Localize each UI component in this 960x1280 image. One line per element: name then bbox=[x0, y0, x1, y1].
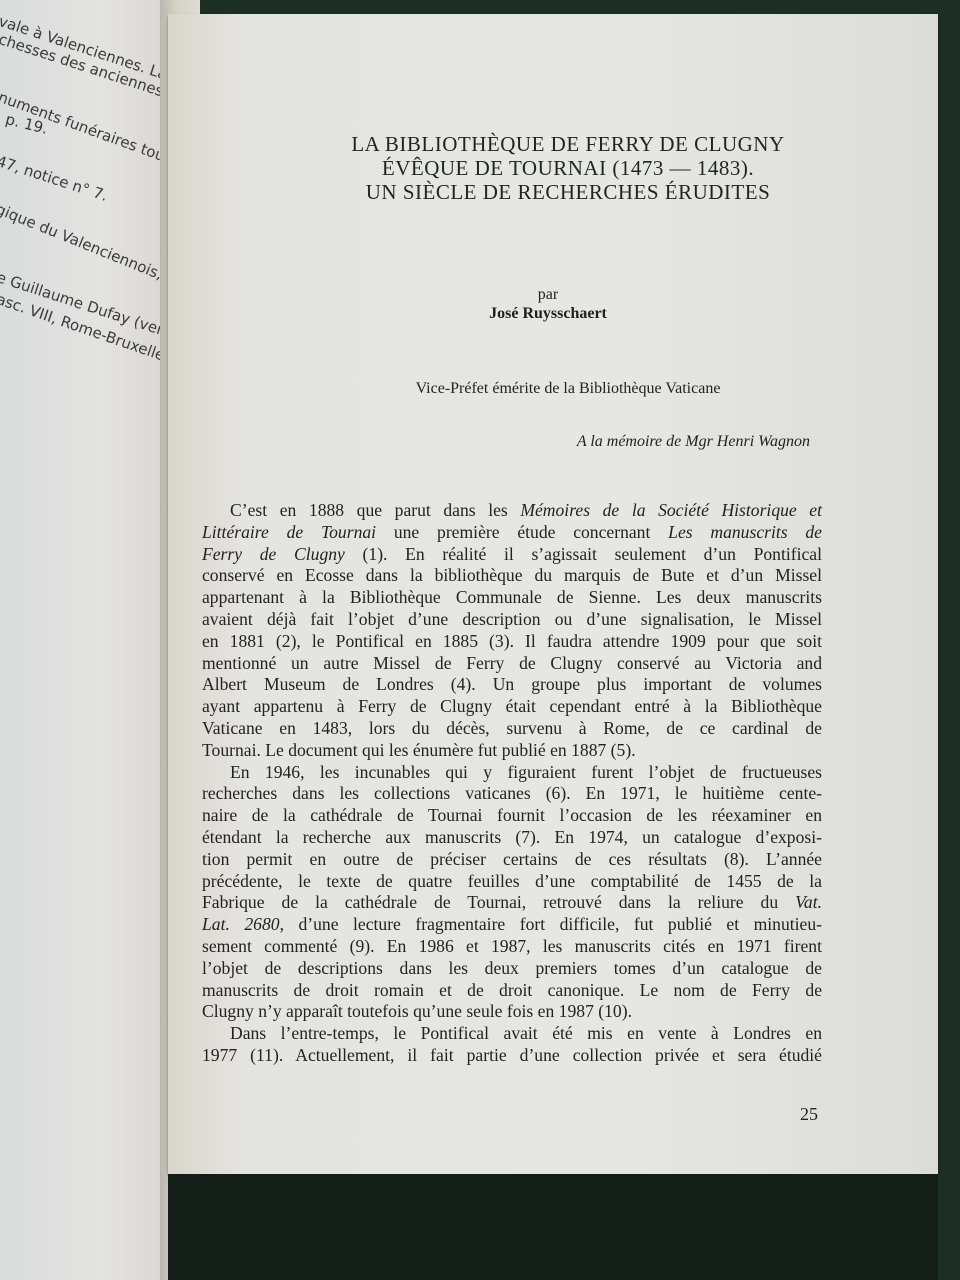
text-line: manuscrits de droit romain et de droit c… bbox=[202, 980, 822, 1002]
text-line: l’objet de descriptions dans les deux pr… bbox=[202, 958, 822, 980]
byline-prefix: par bbox=[508, 286, 588, 304]
text-line: mentionné un autre Missel de Ferry de Cl… bbox=[202, 653, 822, 675]
text-span: En 1946, les incunables qui y figuraient… bbox=[230, 762, 822, 782]
text-span: conservé en Ecosse dans la bibliothèque … bbox=[202, 565, 822, 585]
text-line: recherches dans les collections vaticane… bbox=[202, 783, 822, 805]
text-line: Littéraire de Tournai une première étude… bbox=[202, 522, 822, 544]
book-page: LA BIBLIOTHÈQUE DE FERRY DE CLUGNY ÉVÊQU… bbox=[168, 14, 938, 1174]
text-line: ayant appartenu à Ferry de Clugny était … bbox=[202, 696, 822, 718]
text-line: Tournai. Le document qui les énumère fut… bbox=[202, 740, 822, 762]
facing-page-text-fragment: 47, notice n° 7. bbox=[0, 152, 110, 205]
text-span: Fabrique de la cathédrale de Tournai, re… bbox=[202, 892, 795, 912]
text-line: étendant la recherche aux manuscrits (7)… bbox=[202, 827, 822, 849]
italic-title-span: Mémoires de la Société Historique et bbox=[520, 500, 822, 520]
text-line: Lat. 2680, d’une lecture fragmentaire fo… bbox=[202, 914, 822, 936]
text-span: (1). En réalité il s’agissait seulement … bbox=[345, 544, 822, 564]
text-span: appartenant à la Bibliothèque Communale … bbox=[202, 587, 822, 607]
text-span: étendant la recherche aux manuscrits (7)… bbox=[202, 827, 822, 847]
text-line: précédente, le texte de quatre feuilles … bbox=[202, 871, 822, 893]
text-line: naire de la cathédrale de Tournai fourni… bbox=[202, 805, 822, 827]
text-line: conservé en Ecosse dans la bibliothèque … bbox=[202, 565, 822, 587]
text-span: manuscrits de droit romain et de droit c… bbox=[202, 980, 822, 1000]
italic-title-span: Lat. 2680 bbox=[202, 914, 280, 934]
page-number: 25 bbox=[800, 1104, 818, 1125]
italic-title-span: Ferry de Clugny bbox=[202, 544, 345, 564]
text-line: C’est en 1888 que parut dans les Mémoire… bbox=[202, 500, 822, 522]
dedication: A la mémoire de Mgr Henri Wagnon bbox=[577, 433, 810, 451]
text-span: tion permit en outre de préciser certain… bbox=[202, 849, 822, 869]
facing-page-left: vale à Valenciennes. La chesses des anci… bbox=[0, 0, 168, 1280]
text-span: Albert Museum de Londres (4). Un groupe … bbox=[202, 674, 822, 694]
article-title: LA BIBLIOTHÈQUE DE FERRY DE CLUGNY ÉVÊQU… bbox=[268, 132, 868, 204]
author-affiliation: Vice-Préfet émérite de la Bibliothèque V… bbox=[368, 380, 768, 398]
text-span: Dans l’entre-temps, le Pontifical avait … bbox=[230, 1023, 822, 1043]
text-span: en 1881 (2), le Pontifical en 1885 (3). … bbox=[202, 631, 822, 651]
text-span: naire de la cathédrale de Tournai fourni… bbox=[202, 805, 822, 825]
text-line: Ferry de Clugny (1). En réalité il s’agi… bbox=[202, 544, 822, 566]
text-line: appartenant à la Bibliothèque Communale … bbox=[202, 587, 822, 609]
text-line: avaient déjà fait l’objet d’une descript… bbox=[202, 609, 822, 631]
text-line: Albert Museum de Londres (4). Un groupe … bbox=[202, 674, 822, 696]
paragraph: En 1946, les incunables qui y figuraient… bbox=[202, 762, 822, 1024]
text-span: une première étude concernant bbox=[376, 522, 668, 542]
text-span: sement commenté (9). En 1986 et 1987, le… bbox=[202, 936, 822, 956]
text-span: C’est en 1888 que parut dans les bbox=[230, 500, 520, 520]
text-span: avaient déjà fait l’objet d’une descript… bbox=[202, 609, 822, 629]
text-span: précédente, le texte de quatre feuilles … bbox=[202, 871, 822, 891]
text-line: Clugny n’y apparaît toutefois qu’une seu… bbox=[202, 1001, 822, 1023]
paragraph: C’est en 1888 que parut dans les Mémoire… bbox=[202, 500, 822, 762]
text-span: Clugny n’y apparaît toutefois qu’une seu… bbox=[202, 1001, 632, 1021]
text-span: Vaticane en 1483, lors du décès, survenu… bbox=[202, 718, 822, 738]
text-line: Dans l’entre-temps, le Pontifical avait … bbox=[202, 1023, 822, 1045]
text-line: Fabrique de la cathédrale de Tournai, re… bbox=[202, 892, 822, 914]
text-line: 1977 (11). Actuellement, il fait partie … bbox=[202, 1045, 822, 1067]
text-span: ayant appartenu à Ferry de Clugny était … bbox=[202, 696, 822, 716]
text-line: en 1881 (2), le Pontifical en 1885 (3). … bbox=[202, 631, 822, 653]
author-name: José Ruysschaert bbox=[428, 305, 668, 323]
text-span: 1977 (11). Actuellement, il fait partie … bbox=[202, 1045, 822, 1065]
text-line: tion permit en outre de préciser certain… bbox=[202, 849, 822, 871]
article-body: C’est en 1888 que parut dans les Mémoire… bbox=[202, 500, 822, 1067]
title-line-2: ÉVÊQUE DE TOURNAI (1473 — 1483). bbox=[268, 156, 868, 180]
italic-title-span: Vat. bbox=[795, 892, 822, 912]
table-surface bbox=[168, 1174, 938, 1280]
text-line: Vaticane en 1483, lors du décès, survenu… bbox=[202, 718, 822, 740]
paragraph: Dans l’entre-temps, le Pontifical avait … bbox=[202, 1023, 822, 1067]
italic-title-span: Les manuscrits de bbox=[668, 522, 822, 542]
text-span: l’objet de descriptions dans les deux pr… bbox=[202, 958, 822, 978]
text-line: sement commenté (9). En 1986 et 1987, le… bbox=[202, 936, 822, 958]
italic-title-span: Littéraire de Tournai bbox=[202, 522, 376, 542]
text-span: recherches dans les collections vaticane… bbox=[202, 783, 822, 803]
title-line-3: UN SIÈCLE DE RECHERCHES ÉRUDITES bbox=[268, 180, 868, 204]
title-line-1: LA BIBLIOTHÈQUE DE FERRY DE CLUGNY bbox=[268, 132, 868, 156]
text-line: En 1946, les incunables qui y figuraient… bbox=[202, 762, 822, 784]
text-span: Tournai. Le document qui les énumère fut… bbox=[202, 740, 636, 760]
text-span: mentionné un autre Missel de Ferry de Cl… bbox=[202, 653, 822, 673]
text-span: , d’une lecture fragmentaire fort diffic… bbox=[280, 914, 822, 934]
